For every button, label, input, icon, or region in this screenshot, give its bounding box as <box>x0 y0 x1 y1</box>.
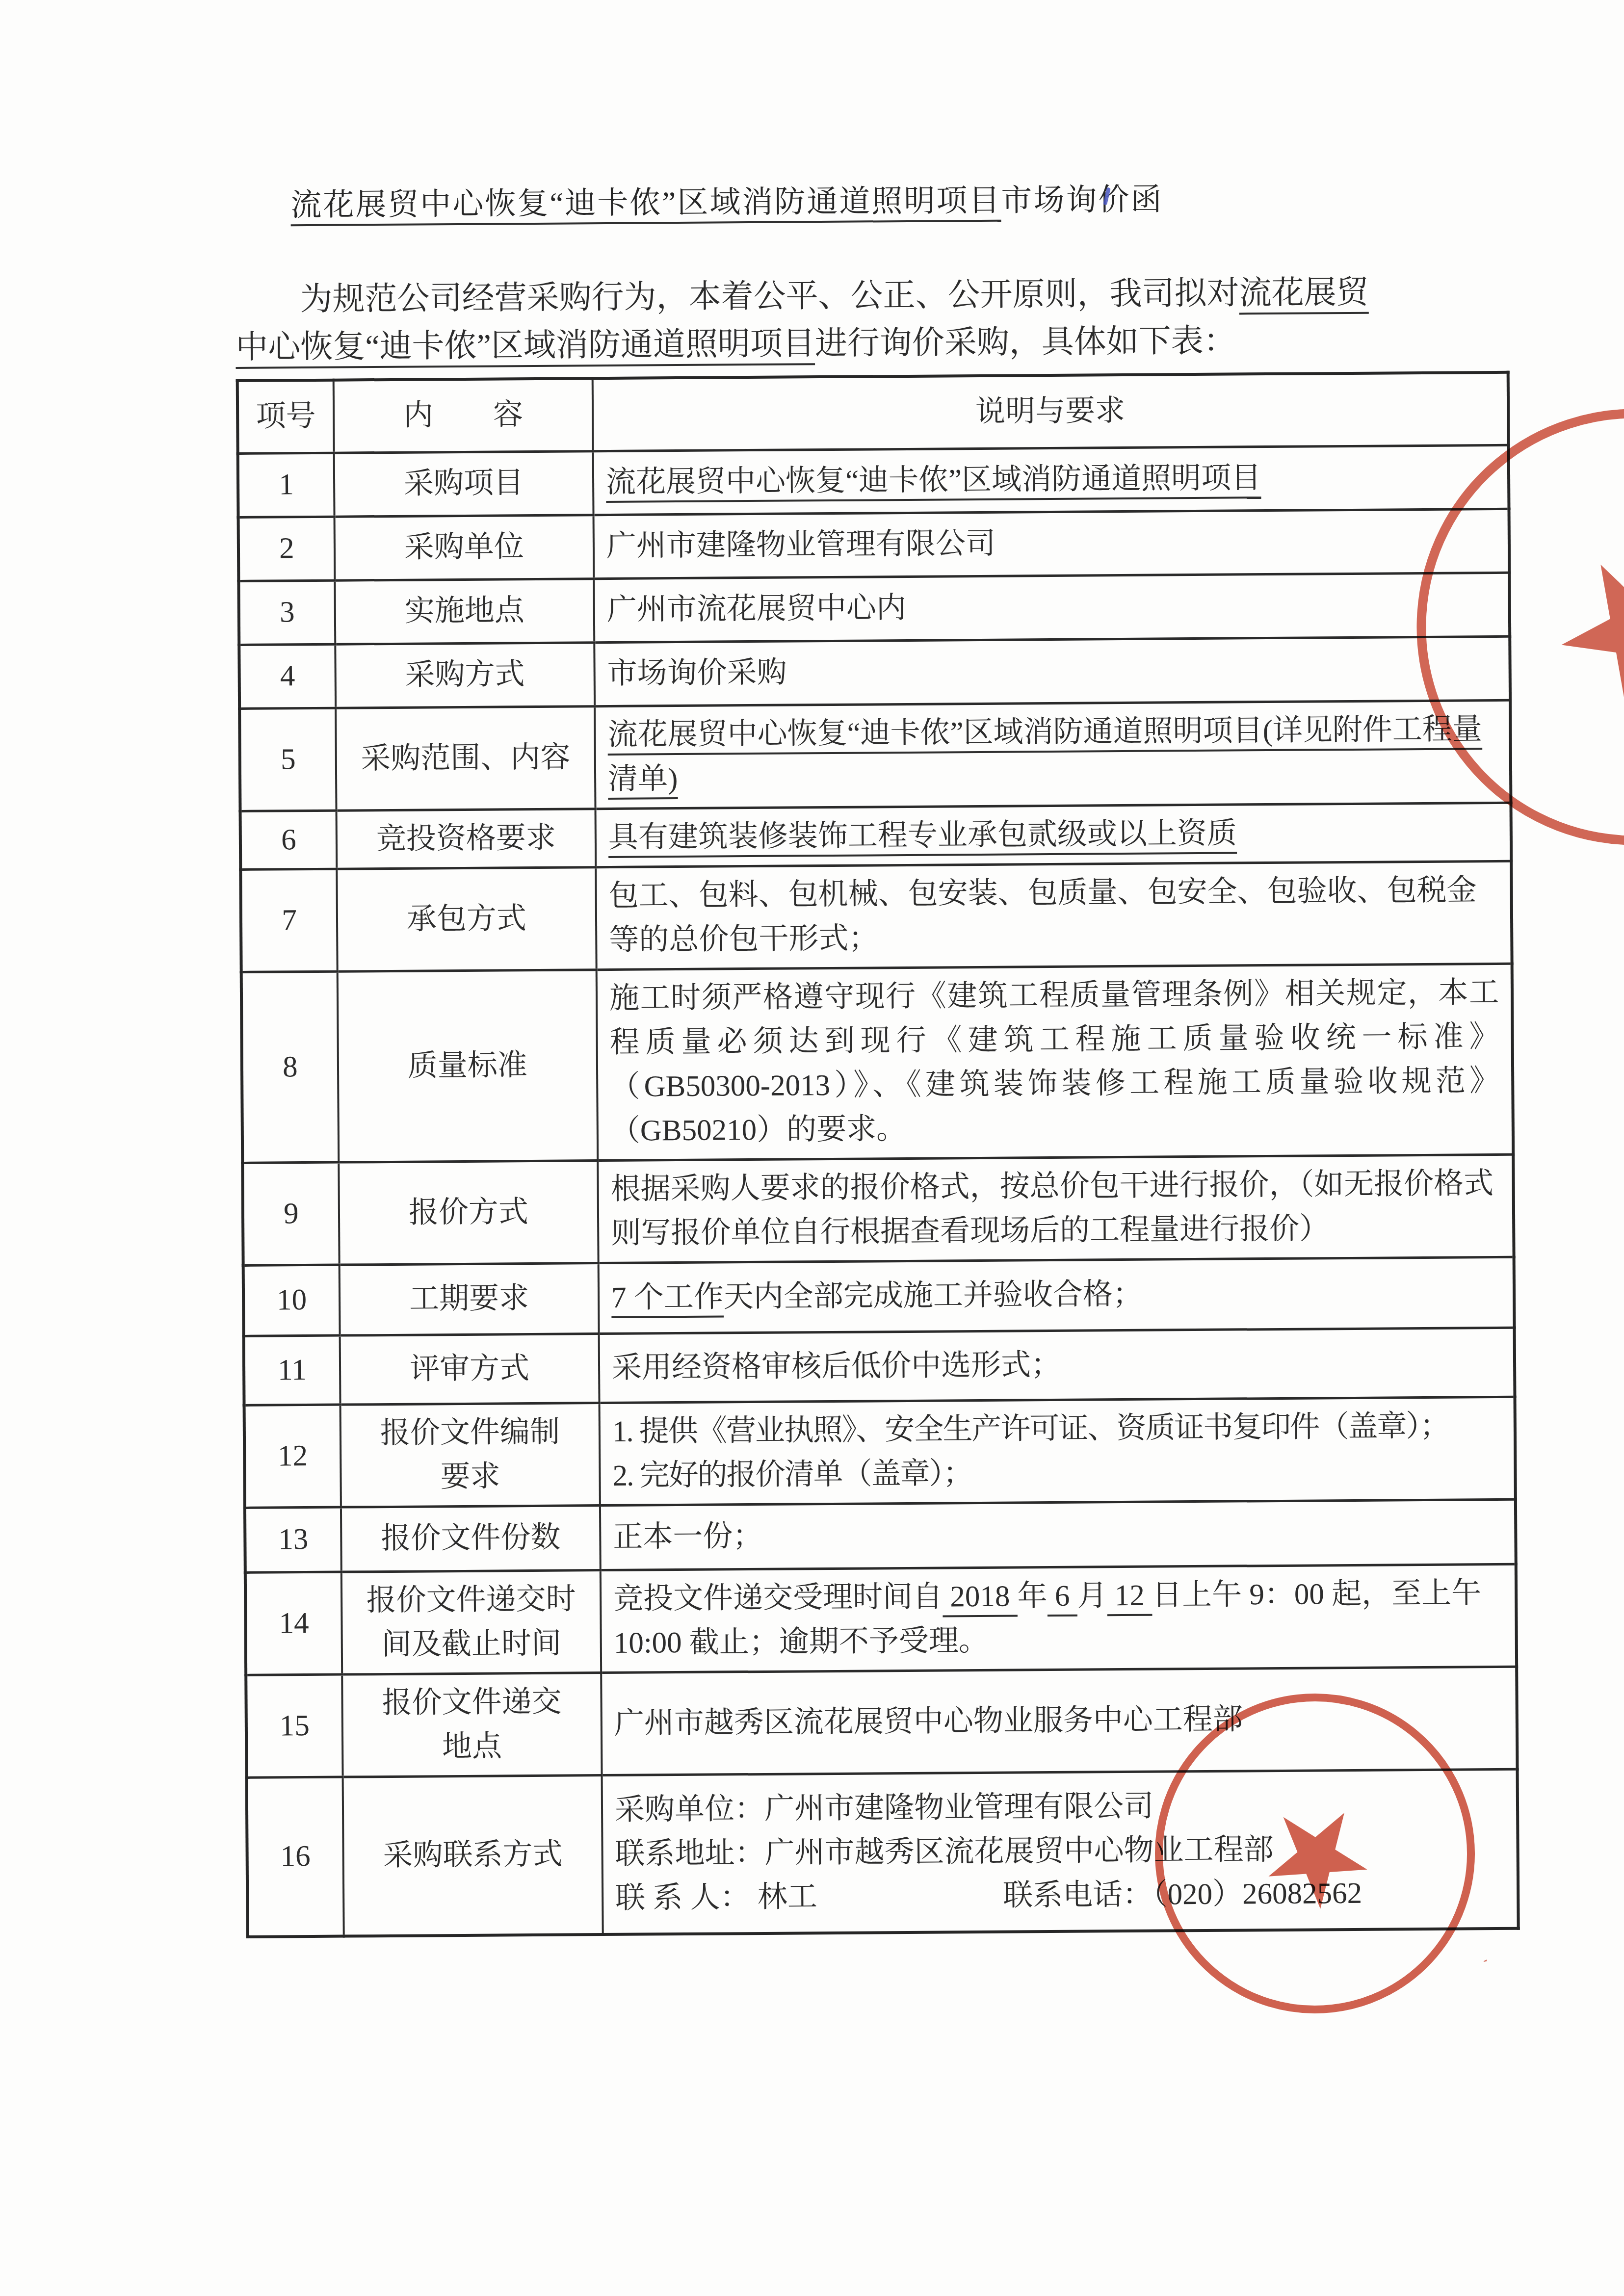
row-label: 承包方式 <box>337 867 596 971</box>
seal-company-text: 广州市建隆物业管理有限公司 <box>1506 790 1624 853</box>
row-no: 11 <box>244 1335 341 1405</box>
row-no: 14 <box>245 1572 342 1675</box>
title-project-name: 流花展贸中心恢复“迪卡侬”区域消防通道照明项目 <box>290 183 1001 223</box>
row-label: 报价文件编制要求 <box>341 1403 600 1507</box>
row-no: 9 <box>242 1162 339 1265</box>
row-no: 13 <box>245 1507 341 1572</box>
row-label: 实施地点 <box>335 578 594 644</box>
table-row: 1 采购项目 流花展贸中心恢复“迪卡侬”区域消防通道照明项目 <box>238 445 1509 517</box>
row-label: 采购项目 <box>334 451 594 516</box>
row-no: 1 <box>238 453 335 517</box>
document-content: 流花展贸中心恢复“迪卡侬”区域消防通道照明项目市场询价函 为规范公司经营采购行为… <box>235 172 1520 1938</box>
row-value: 根据采购人要求的报价格式，按总价包干进行报价，（如无报价格式则写报价单位自行根据… <box>598 1154 1514 1263</box>
row-value: 具有建筑装修装饰工程专业承包贰级或以上资质 <box>596 803 1512 867</box>
table-row: 10 工期要求 7 个工作天内全部完成施工并验收合格； <box>243 1257 1515 1336</box>
table-row: 4 采购方式 市场询价采购 <box>239 636 1510 708</box>
header-item-no: 项号 <box>237 380 334 453</box>
row-label: 质量标准 <box>338 969 598 1162</box>
row-value: 竞投文件递交受理时间自 2018 年 6 月 12 日上午 9：00 起，至上午… <box>601 1564 1517 1672</box>
svg-text:广州市建隆物业管理有限公司: 广州市建隆物业管理有限公司 <box>1506 790 1624 853</box>
row-no: 8 <box>241 971 339 1163</box>
table-row: 6 竞投资格要求 具有建筑装修装饰工程专业承包贰级或以上资质 <box>240 803 1512 869</box>
seal-star-icon <box>1245 1785 1382 1921</box>
table-header-row: 项号 内 容 说明与要求 <box>237 372 1509 453</box>
row-label: 采购范围、内容 <box>336 706 595 810</box>
row-label: 采购单位 <box>335 515 594 580</box>
row-no: 6 <box>240 810 337 869</box>
row-label: 报价文件递交时间及截止时间 <box>341 1570 601 1674</box>
intro-underlined-1: 流花展贸 <box>1239 275 1368 312</box>
table-row: 9 报价方式 根据采购人要求的报价格式，按总价包干进行报价，（如无报价格式则写报… <box>242 1154 1514 1265</box>
row-value: 正本一份； <box>600 1499 1516 1570</box>
row-no: 16 <box>247 1777 344 1937</box>
table-row: 2 采购单位 广州市建隆物业管理有限公司 <box>238 509 1510 581</box>
row-value: 市场询价采购 <box>594 636 1510 706</box>
row-no: 5 <box>239 708 336 811</box>
row-no: 3 <box>238 580 335 645</box>
row-label: 采购联系方式 <box>343 1775 603 1936</box>
row-value: 采用经资格审核后低价中选形式； <box>599 1328 1515 1403</box>
row-label: 采购方式 <box>335 642 595 707</box>
quote-doc-req-1: 1. 提供《营业执照》、安全生产许可证、资质证书复印件（盖章）； <box>612 1404 1502 1454</box>
table-row: 3 实施地点 广州市流花展贸中心内 <box>238 573 1510 645</box>
row-no: 15 <box>246 1674 342 1777</box>
seal-star-icon <box>1537 530 1624 720</box>
table-row: 12 报价文件编制要求 1. 提供《营业执照》、安全生产许可证、资质证书复印件（… <box>244 1397 1516 1508</box>
row-no: 10 <box>243 1265 340 1336</box>
title-suffix: 市场询价函 <box>1001 182 1163 217</box>
scanned-document-page: 流花展贸中心恢复“迪卡侬”区域消防通道照明项目市场询价函 为规范公司经营采购行为… <box>0 0 1624 2296</box>
header-description: 说明与要求 <box>593 372 1509 451</box>
row-value: 1. 提供《营业执照》、安全生产许可证、资质证书复印件（盖章）；2. 完好的报价… <box>600 1397 1516 1505</box>
table-row: 11 评审方式 采用经资格审核后低价中选形式； <box>244 1328 1515 1405</box>
row-value: 流花展贸中心恢复“迪卡侬”区域消防通道照明项目(详见附件工程量清单) <box>595 700 1511 809</box>
row-label: 竞投资格要求 <box>337 809 596 868</box>
row-value: 施工时须严格遵守现行《建筑工程质量管理条例》相关规定，本工程质量必须达到现行《建… <box>597 964 1514 1160</box>
row-value: 广州市建隆物业管理有限公司 <box>594 509 1510 578</box>
row-value: 7 个工作天内全部完成施工并验收合格； <box>599 1257 1515 1333</box>
table-row: 5 采购范围、内容 流花展贸中心恢复“迪卡侬”区域消防通道照明项目(详见附件工程… <box>239 700 1511 811</box>
table-row: 7 承包方式 包工、包料、包机械、包安装、包质量、包安全、包验收、包税金等的总价… <box>240 861 1512 972</box>
company-seal-bottom-icon: 广州市建隆物业管理有限公司 <box>1143 1682 1487 2025</box>
row-label: 报价文件递交地点 <box>342 1672 602 1776</box>
intro-underlined-2: 中心恢复“迪卡侬”区域消防通道照明项目 <box>236 326 815 365</box>
table-row: 14 报价文件递交时间及截止时间 竞投文件递交受理时间自 2018 年 6 月 … <box>245 1564 1517 1675</box>
intro-text-1: 为规范公司经营采购行为，本着公平、公正、公开原则，我司拟对 <box>300 275 1239 317</box>
quote-doc-req-2: 2. 完好的报价清单（盖章）； <box>612 1448 1502 1498</box>
row-no: 4 <box>239 644 336 708</box>
row-no: 2 <box>238 517 335 581</box>
row-label: 报价方式 <box>339 1160 598 1264</box>
company-seal-top-icon: 广州市建隆物业管理有限公司 <box>1409 401 1624 853</box>
row-value: 流花展贸中心恢复“迪卡侬”区域消防通道照明项目 <box>593 445 1509 515</box>
row-label: 报价文件份数 <box>341 1505 601 1571</box>
intro-text-2: 进行询价采购，具体如下表： <box>815 323 1236 362</box>
row-no: 7 <box>240 869 337 972</box>
row-no: 12 <box>244 1405 341 1508</box>
page-title: 流花展贸中心恢复“迪卡侬”区域消防通道照明项目市场询价函 <box>235 172 1509 225</box>
contact-person: 联 系 人： 林工 <box>615 1874 1003 1921</box>
row-value: 广州市流花展贸中心内 <box>594 573 1510 642</box>
row-label: 评审方式 <box>340 1333 600 1404</box>
table-row: 8 质量标准 施工时须严格遵守现行《建筑工程质量管理条例》相关规定，本工程质量必… <box>241 964 1514 1163</box>
row-value: 包工、包料、包机械、包安装、包质量、包安全、包验收、包税金等的总价包干形式； <box>596 861 1512 969</box>
table-row: 13 报价文件份数 正本一份； <box>245 1499 1516 1572</box>
row-label: 工期要求 <box>340 1263 599 1335</box>
intro-paragraph: 为规范公司经营采购行为，本着公平、公正、公开原则，我司拟对流花展贸中心恢复“迪卡… <box>235 268 1413 371</box>
header-content: 内 容 <box>334 378 593 452</box>
